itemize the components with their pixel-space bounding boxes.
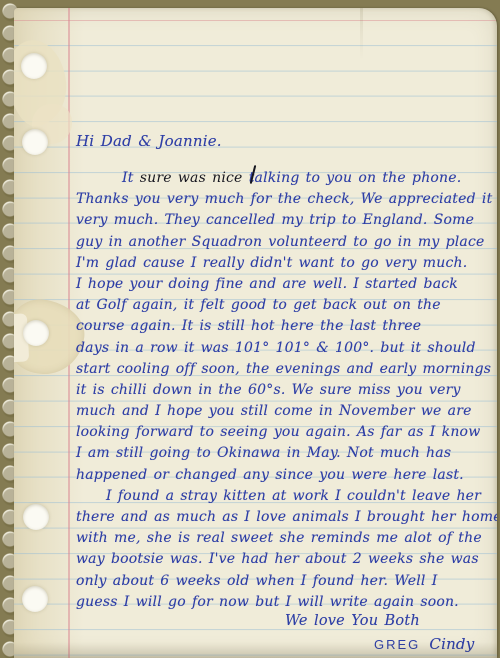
letter-text-segment: It (122, 170, 140, 186)
top-margin-line (14, 20, 497, 21)
letter-line: course again. It is still hot here the l… (76, 316, 497, 337)
letter-line: very much. They cancelled my trip to Eng… (76, 210, 497, 231)
punch-hole (22, 129, 48, 155)
letter-line: I found a stray kitten at work I couldn'… (76, 486, 497, 507)
paper-crease (360, 8, 363, 60)
letter-text-segment: talking (249, 170, 300, 186)
letter-line: looking forward to seeing you again. As … (76, 422, 497, 443)
letter-text-segment: I am still going to Okinawa in May. Not … (76, 445, 451, 461)
torn-paper-patch-top (14, 38, 70, 129)
letter-line: It sure was nice talking to you on the p… (76, 168, 497, 189)
letter-line: much and I hope you still come in Novemb… (76, 401, 497, 422)
letter-closing: We love You Both (285, 613, 420, 629)
letter-line: only about 6 weeks old when I found her.… (76, 571, 497, 592)
letter-lines: It sure was nice talking to you on the p… (76, 168, 497, 613)
letter-text-segment: course again. It is still hot here the l… (76, 318, 421, 334)
letter-text-segment: at Golf again, it felt good to get back … (76, 297, 441, 313)
letter-text-segment: I found a stray kitten at work I couldn'… (106, 488, 481, 504)
punch-hole (22, 586, 48, 612)
letter-paper: Hi Dad & Joannie. It sure was nice talki… (14, 8, 497, 658)
left-margin-line (68, 8, 70, 658)
letter-text-segment: only about 6 weeks old when I found her.… (76, 573, 437, 589)
letter-line: happened or changed any since you were h… (76, 465, 497, 486)
letter-text-segment: happened or changed any since you were h… (76, 467, 464, 483)
letter-text-segment: Thanks you very much for the check, We a… (76, 191, 492, 207)
letter-line: Thanks you very much for the check, We a… (76, 189, 497, 210)
letter-greeting: Hi Dad & Joannie. (76, 132, 222, 150)
letter-signature: GREG Cindy (374, 634, 474, 653)
letter-text-segment: looking forward to seeing you again. As … (76, 424, 480, 440)
signature-name-print: GREG (374, 637, 420, 652)
letter-text-segment: I'm glad cause I really didn't want to g… (76, 255, 467, 271)
letter-text-segment: way bootsie was. I've had her about 2 we… (76, 551, 479, 567)
letter-text-segment: guy in another Squadron volunteerd to go… (76, 234, 485, 250)
letter-line: guess I will go for now but I will write… (76, 592, 497, 613)
letter-text-segment: days in a row it was 101° 101° & 100°. b… (76, 340, 476, 356)
letter-line: way bootsie was. I've had her about 2 we… (76, 549, 497, 570)
letter-line: there and as much as I love animals I br… (76, 507, 497, 528)
letter-text-segment (243, 170, 249, 186)
letter-line: at Golf again, it felt good to get back … (76, 295, 497, 316)
letter-text-segment: there and as much as I love animals I br… (76, 509, 497, 525)
letter-text-segment: sure was nice (140, 170, 243, 186)
letter-line: guy in another Squadron volunteerd to go… (76, 232, 497, 253)
letter-text-segment: start cooling off soon, the evenings and… (76, 361, 491, 377)
letter-text-segment: guess I will go for now but I will write… (76, 594, 459, 610)
letter-text-segment: much and I hope you still come in Novemb… (76, 403, 472, 419)
punch-hole (23, 320, 49, 346)
letter-text-segment: I hope your doing fine and are well. I s… (76, 276, 458, 292)
letter-line: I am still going to Okinawa in May. Not … (76, 443, 497, 464)
punch-hole (21, 53, 47, 79)
letter-text-segment: it is chilli down in the 60°s. We sure m… (76, 382, 461, 398)
letter-text-segment: to you on the phone. (300, 170, 462, 186)
letter-line: with me, she is real sweet she reminds m… (76, 528, 497, 549)
letter-text-segment: with me, she is real sweet she reminds m… (76, 530, 482, 546)
punch-hole (23, 504, 49, 530)
letter-text-segment: very much. They cancelled my trip to Eng… (76, 212, 474, 228)
letter-line: I'm glad cause I really didn't want to g… (76, 253, 497, 274)
letter-line: start cooling off soon, the evenings and… (76, 359, 497, 380)
letter-line: days in a row it was 101° 101° & 100°. b… (76, 338, 497, 359)
signature-name-script: Cindy (429, 635, 474, 653)
letter-line: it is chilli down in the 60°s. We sure m… (76, 380, 497, 401)
letter-line: I hope your doing fine and are well. I s… (76, 274, 497, 295)
